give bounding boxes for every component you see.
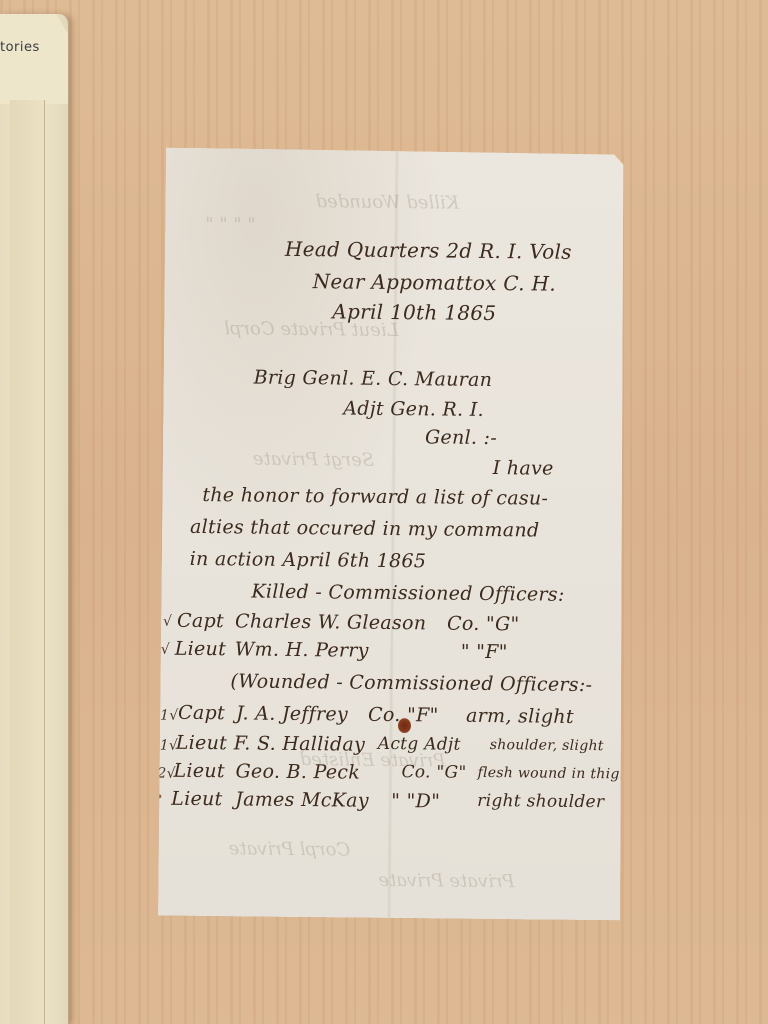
officer-name: Wm. H. Perry	[235, 638, 369, 661]
folder-tab: tories	[0, 14, 68, 104]
body-line: alties that occured in my command	[190, 516, 540, 542]
rank: Lieut	[173, 760, 225, 783]
letter-heading-line: Head Quarters 2d R. I. Vols	[285, 237, 572, 264]
bleed-through-line: Sergt Private	[253, 449, 375, 471]
company: Co. "G"	[447, 613, 520, 636]
wound-note: arm, slight	[466, 705, 574, 728]
handwritten-letter: Killed Wounded " " " " Lieut Private Cor…	[158, 148, 628, 921]
wounded-entry: • Lieut James McKay " "D" right shoulder	[166, 148, 628, 153]
wound-note: flesh wound in thigh	[477, 765, 629, 783]
company: Actg Adjt	[378, 734, 461, 755]
wounded-entry: 2√ Lieut Geo. B. Peck Co. "G" flesh woun…	[166, 148, 628, 153]
letter-date: April 10th 1865	[332, 299, 496, 325]
mark-dot: •	[155, 790, 164, 806]
rank: Capt	[178, 702, 225, 724]
rank: Lieut	[171, 788, 223, 811]
rank: Lieut	[175, 638, 227, 661]
letter-heading-line: Near Appomattox C. H.	[313, 269, 557, 296]
officer-name: Geo. B. Peck	[235, 760, 360, 783]
rank: Capt	[177, 610, 224, 632]
body-line: in action April 6th 1865	[190, 548, 427, 572]
company: " "F"	[461, 641, 508, 663]
wounded-entry: 1√ Capt J. A. Jeffrey Co. "F" arm, sligh…	[166, 148, 628, 153]
wound-note: right shoulder	[477, 791, 604, 812]
officer-name: J. A. Jeffrey	[236, 702, 348, 725]
check-mark: √	[161, 642, 170, 658]
wounded-entry: 1√ Lieut F. S. Halliday Actg Adjt should…	[166, 148, 628, 153]
bleed-through-line: Corpl Private	[229, 838, 351, 860]
bleed-through-line: " " " "	[205, 214, 256, 236]
officer-name: Charles W. Gleason	[235, 610, 426, 634]
killed-entry: √ Lieut Wm. H. Perry " "F"	[166, 148, 628, 153]
addressee-line: Brig Genl. E. C. Mauran	[254, 367, 493, 391]
bleed-through-line: Private Private	[378, 870, 514, 892]
body-line: I have	[493, 457, 554, 480]
company: Co. "G"	[401, 762, 466, 783]
bleed-through-line: Killed Wounded	[315, 191, 459, 214]
wound-note: shoulder, slight	[490, 737, 604, 754]
body-line: the honor to forward a list of casu-	[202, 484, 548, 510]
check-mark: √	[163, 614, 172, 630]
ink-stain	[398, 718, 411, 733]
killed-heading: Killed - Commissioned Officers:	[251, 581, 564, 606]
rank: Lieut	[176, 732, 228, 755]
folder-tab-label: tories	[0, 40, 60, 55]
check-mark: 1√	[160, 708, 179, 724]
officer-name: F. S. Halliday	[234, 732, 366, 755]
addressee-line: Adjt Gen. R. I.	[343, 397, 484, 420]
wounded-heading: (Wounded - Commissioned Officers:-	[230, 670, 592, 696]
folder-inner-sheet	[10, 100, 45, 1024]
killed-entry: √ Capt Charles W. Gleason Co. "G"	[166, 148, 628, 153]
officer-name: James McKay	[235, 788, 369, 811]
company: " "D"	[391, 790, 440, 813]
salutation: Genl. :-	[425, 426, 497, 449]
